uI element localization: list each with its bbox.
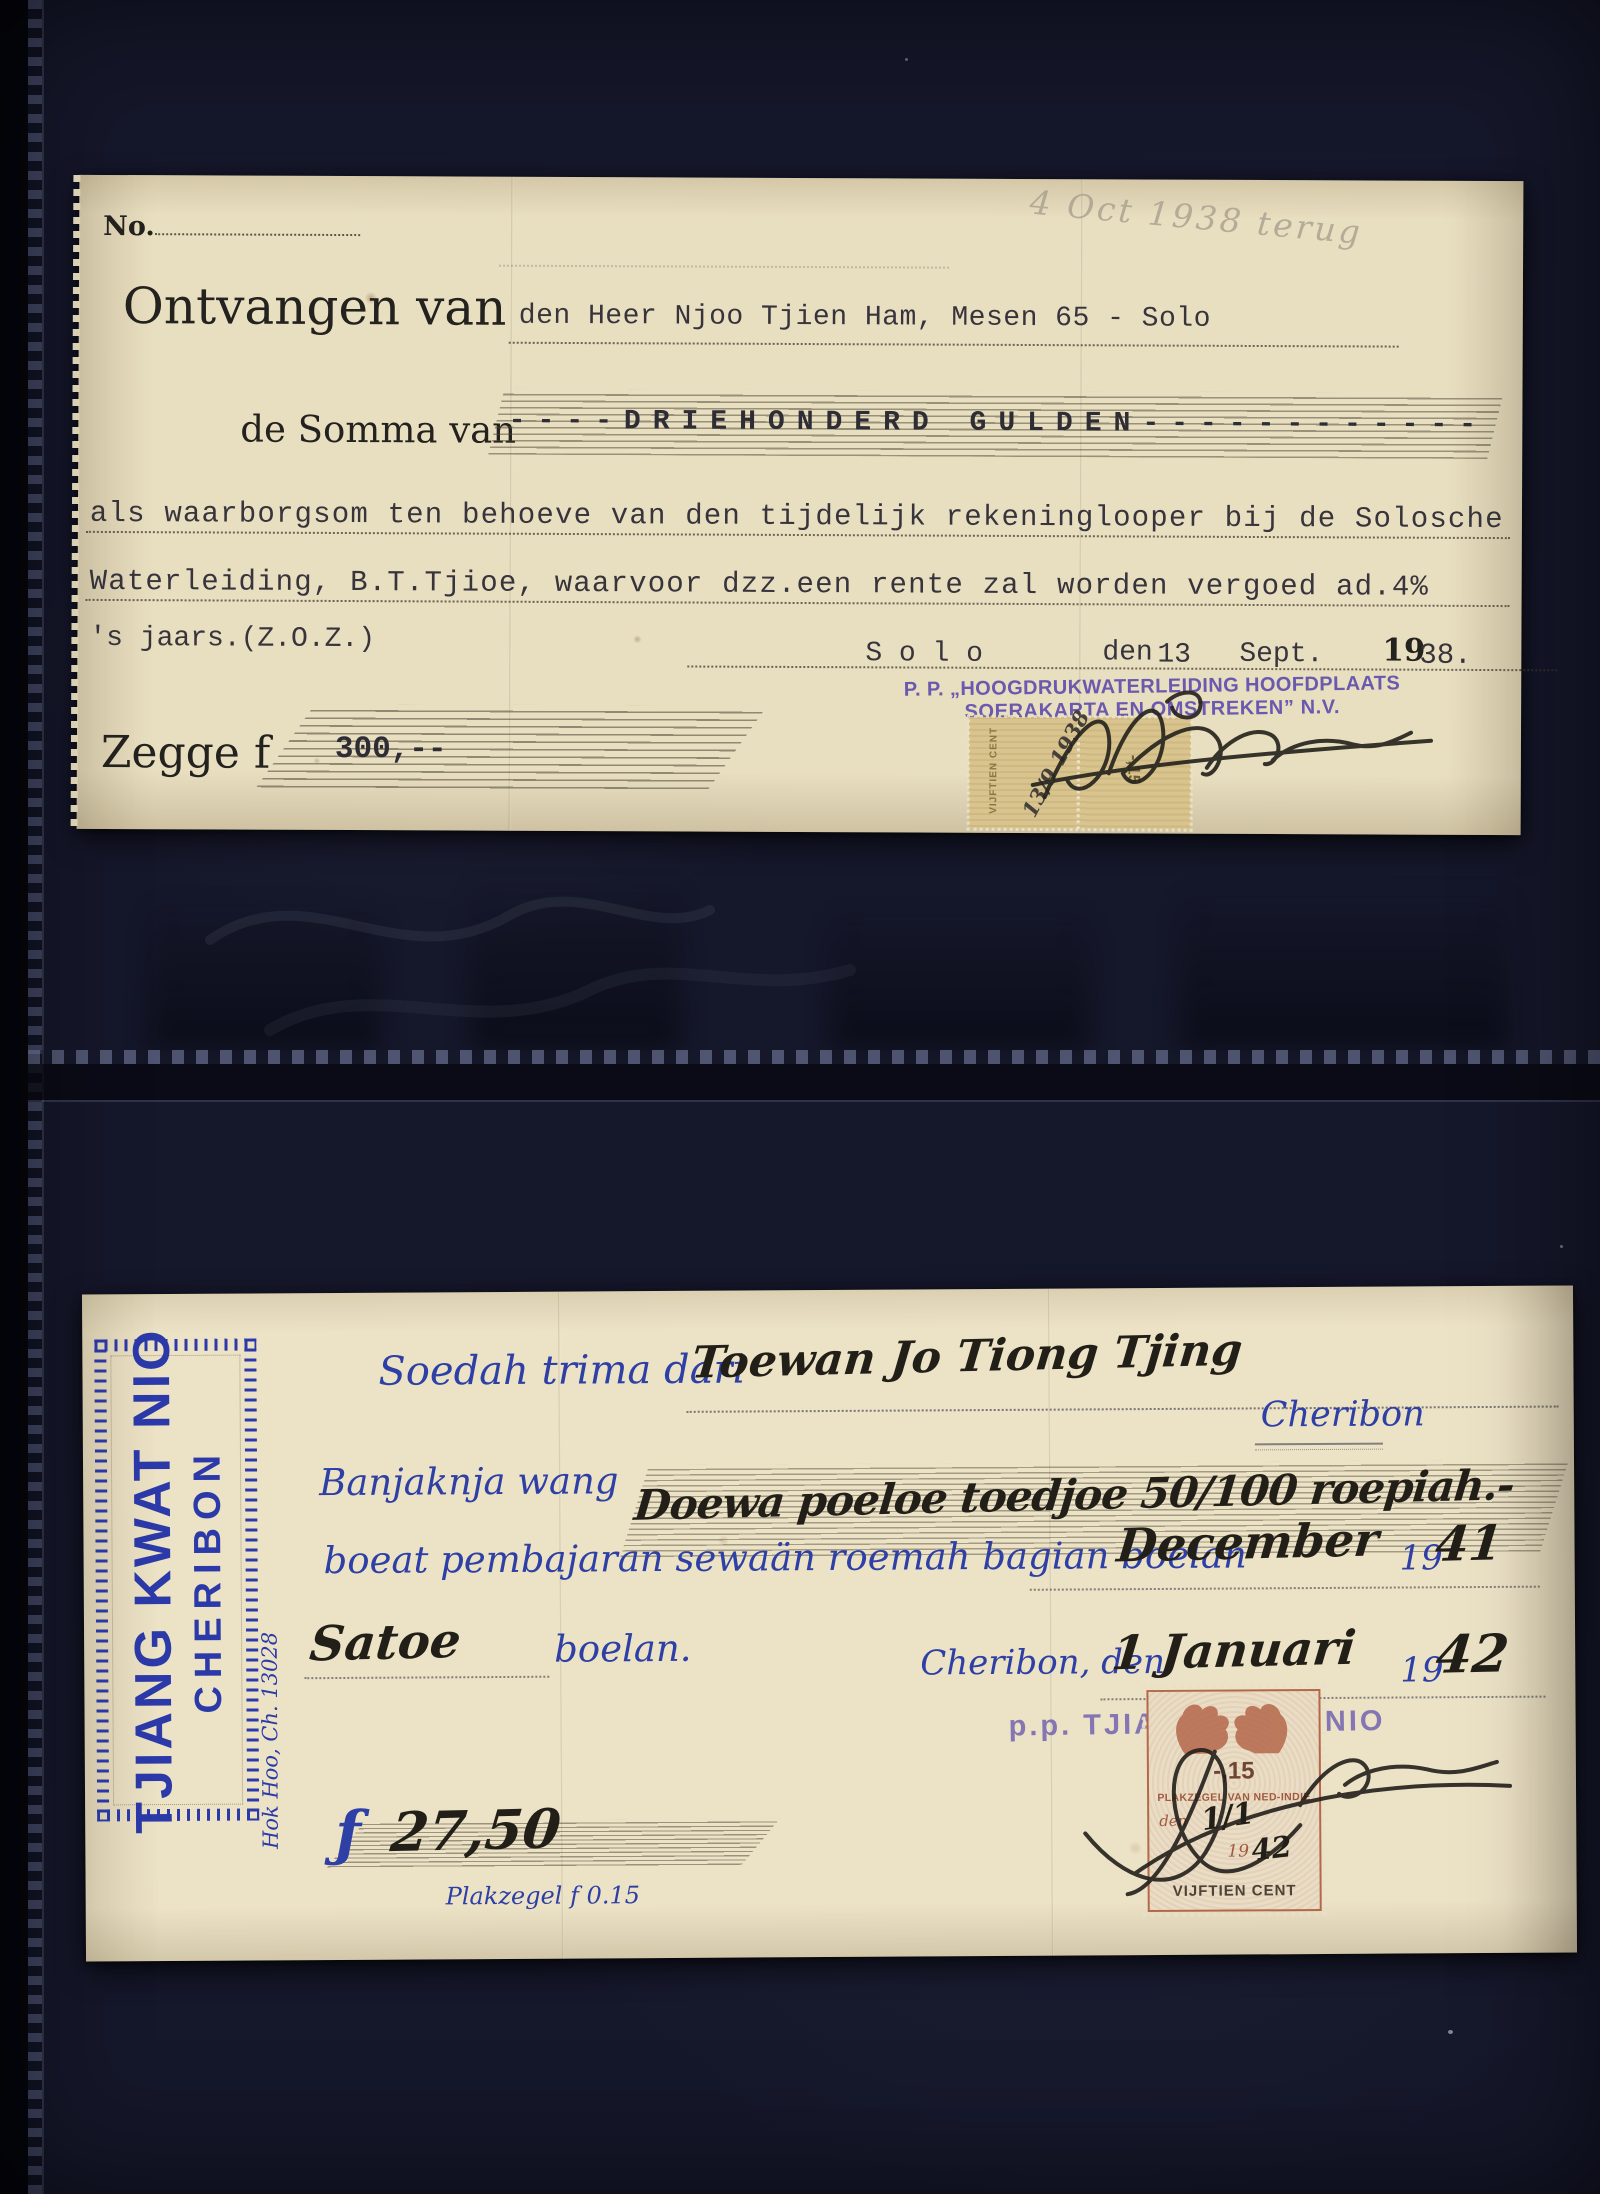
date-month: Sept. [1239, 639, 1323, 670]
dateline-value: 1 Januari [1109, 1621, 1358, 1682]
received-from-label: Ontvangen van [123, 277, 507, 337]
sum-label: de Somma van [240, 408, 516, 452]
ruled-line [687, 1406, 1559, 1413]
purpose-month: December [1115, 1512, 1382, 1572]
torn-left-edge [71, 175, 81, 829]
signature [1065, 1706, 1536, 1914]
date-day: 13 [1157, 640, 1191, 671]
sum-value: ----DRIEHONDERD GULDEN------------ [508, 389, 1488, 459]
place-underline [1255, 1449, 1383, 1451]
dust-speck [905, 58, 908, 61]
receipt-number-label: No. [103, 211, 155, 242]
stamp-value-text: VIJFTIEN CENT [988, 715, 999, 825]
zegge-value: 300,-- [335, 732, 447, 767]
signature [1017, 679, 1448, 831]
amount-figures: 27,50 [388, 1796, 564, 1864]
printer-credit-wrap: Hok Hoo, Ch. 13028 [195, 1665, 346, 1816]
place-typed: S o l o [865, 638, 983, 670]
sleeve-scratch-marks [150, 820, 910, 1080]
stamp-album-page-photo: 4 Oct 1938 terug No. Ontvangen van den H… [0, 0, 1600, 2194]
ruled-line [509, 342, 1399, 348]
zegge-label: Zegge f [101, 727, 270, 779]
place-underline [1255, 1443, 1383, 1446]
plakzegel-note: Plakzegel f 0.15 [446, 1881, 641, 1910]
purpose-label: boeat pembajaran sewaän roemah bagian bo… [323, 1533, 1246, 1582]
sleeve-pocket-seam [28, 1050, 1600, 1064]
body-line: 's jaars.(Z.O.Z.) [89, 623, 375, 655]
body-line: als waarborgsom ten behoeve van den tijd… [90, 497, 1504, 536]
date-den: den [1102, 637, 1153, 668]
dateline-year-written: 42 [1433, 1623, 1512, 1686]
receipt-cheribon-1942: TJIANG KWAT NIO CHERIBON Hok Hoo, Ch. 13… [82, 1285, 1577, 1961]
body-line: Waterleiding, B.T.Tjioe, waarvoor dzz.ee… [90, 565, 1430, 604]
receipt-number-field [155, 211, 360, 236]
duration-value: Satoe [307, 1613, 463, 1673]
printer-credit: Hok Hoo, Ch. 13028 [258, 1632, 283, 1849]
ruled-line [304, 1676, 549, 1679]
currency-symbol: ƒ [335, 1799, 361, 1869]
dust-speck [1448, 2030, 1453, 2034]
purpose-year-written: 41 [1433, 1515, 1505, 1573]
year-typed: 38. [1419, 639, 1471, 672]
receipt-solo-1938: 4 Oct 1938 terug No. Ontvangen van den H… [77, 175, 1524, 835]
amount-hatch-field [255, 704, 767, 792]
faint-ruled-line [499, 265, 949, 269]
sleeve-pocket-seam-shadow [28, 1064, 1600, 1100]
pencil-annotation: 4 Oct 1938 terug [1028, 183, 1364, 252]
album-binder-edge [0, 0, 28, 2194]
fold-crease [1048, 1289, 1054, 1956]
ghost-shadow [1180, 890, 1510, 1050]
dust-speck [1560, 1245, 1563, 1248]
letterhead-name: TJIANG KWAT NIO [122, 1327, 185, 1834]
received-from-value: den Heer Njoo Tjien Ham, Mesen 65 - Solo [519, 301, 1211, 335]
amount-label: Banjaknja wang [319, 1459, 619, 1504]
place-printed: Cheribon [1261, 1394, 1425, 1435]
ruled-line [1030, 1586, 1540, 1591]
duration-label: boelan. [554, 1627, 692, 1671]
sleeve-pocket-fold-line [28, 1100, 1600, 1102]
receipt-number-row: No. [103, 211, 360, 243]
received-from-value: Toewan Jo Tiong Tjing [689, 1325, 1244, 1389]
